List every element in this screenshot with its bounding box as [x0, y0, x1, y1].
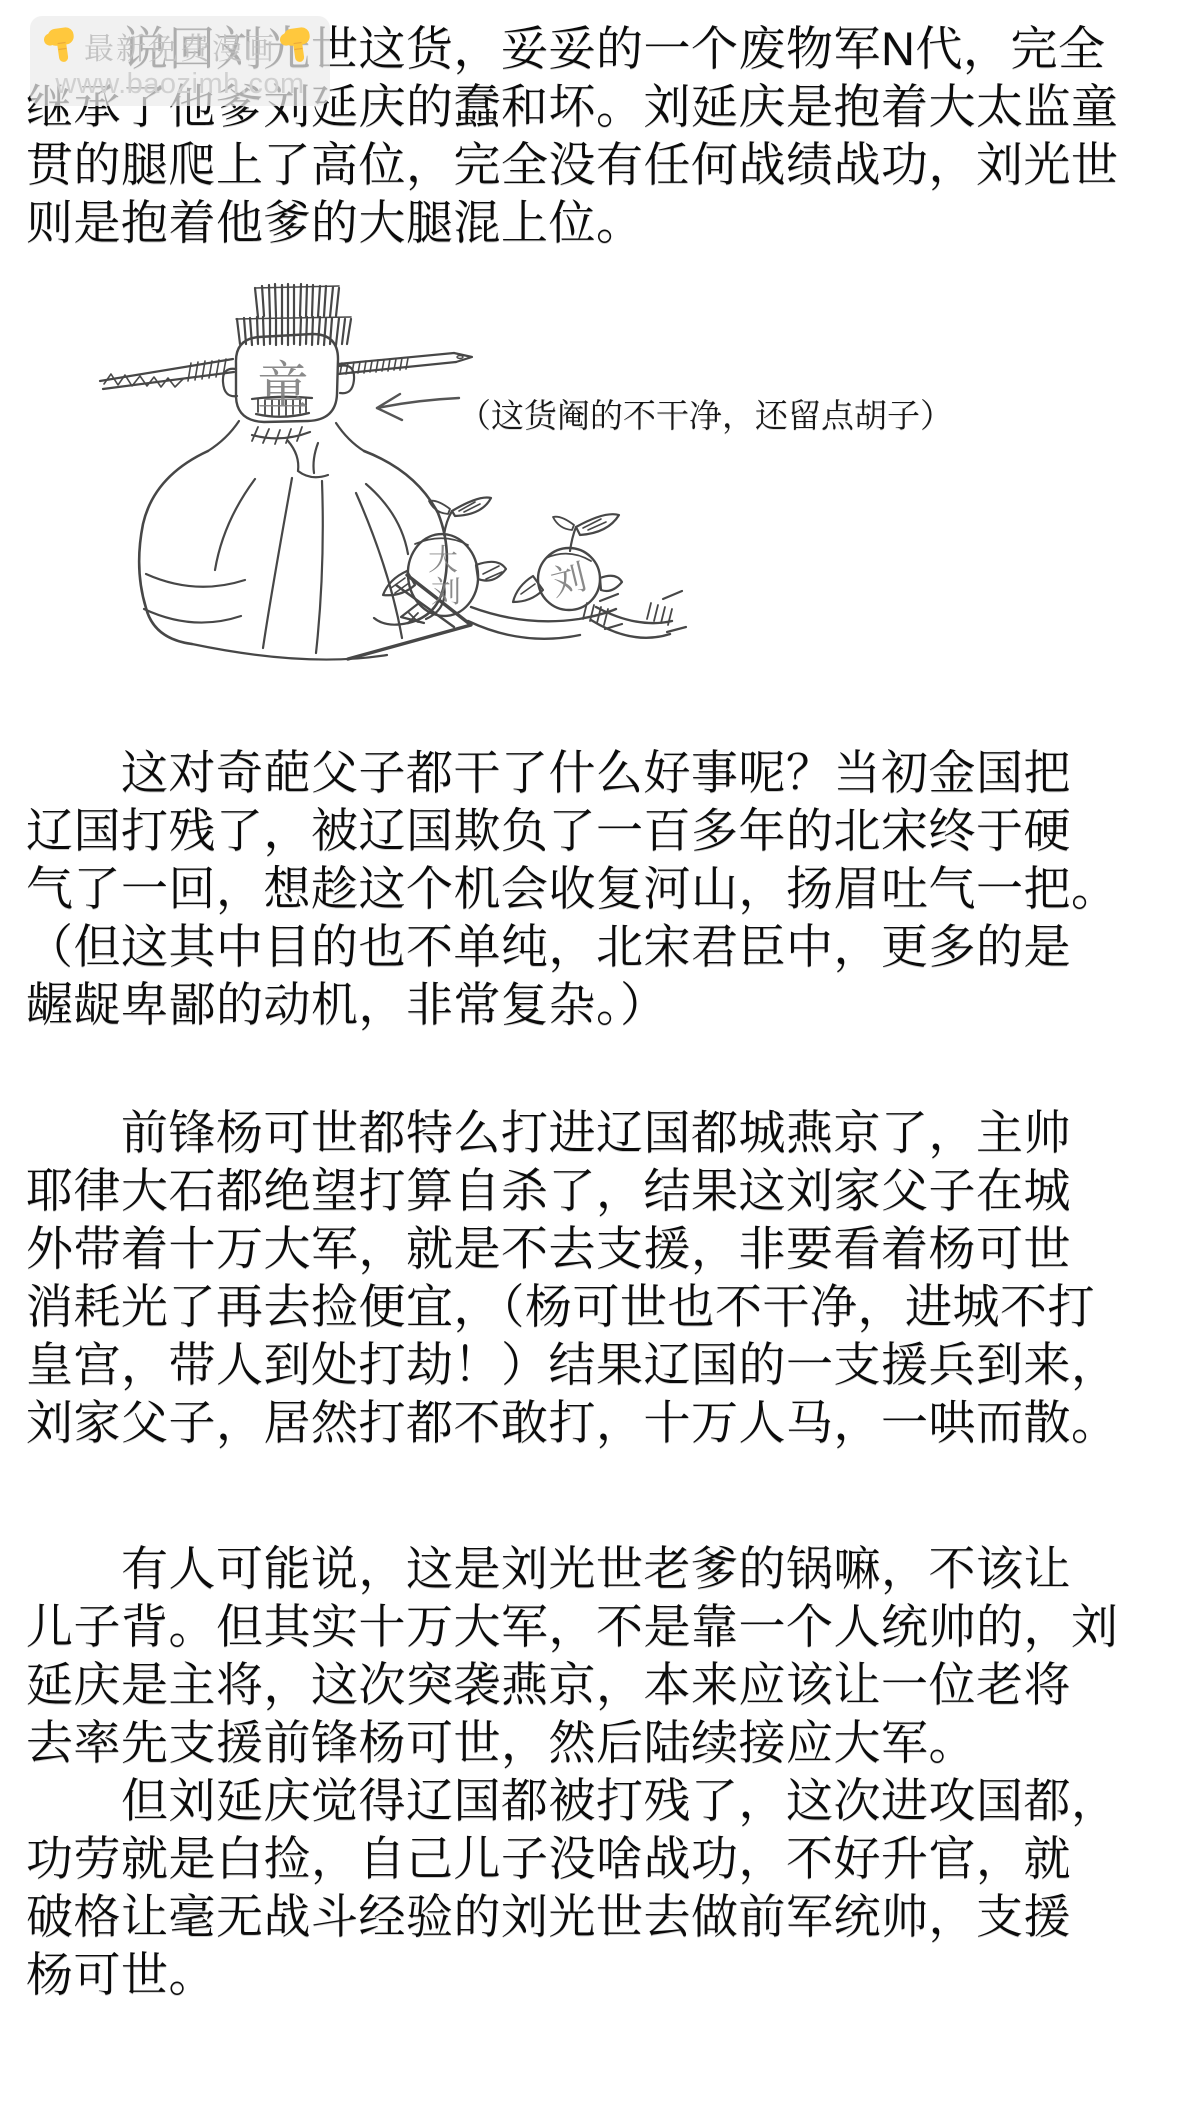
sketch-annotation: （这货阉的不干净，还留点胡子）	[458, 390, 953, 437]
creature1-label-bottom: 刘	[431, 576, 461, 609]
paragraph-4: 有人可能说，这是刘光世老爹的锅嘛，不该让 儿子背。但其实十万大军，不是靠一个人统…	[26, 1540, 1178, 2004]
tongguan-sketch-illustration: 童 大 刘 刘	[55, 222, 700, 670]
creature-daliu	[383, 498, 622, 639]
paragraph-2: 这对奇葩父子都干了什么好事呢？当初金国把 辽国打残了，被辽国欺负了一百多年的北宋…	[26, 744, 1178, 1034]
hat-brim-right	[338, 353, 472, 374]
point-down-icon	[44, 25, 80, 67]
creature-xiaoliu	[513, 514, 686, 638]
neck-stitches	[252, 432, 310, 438]
hair-spikes-lower	[236, 316, 351, 345]
creature2-label: 刘	[547, 557, 590, 603]
forehead-character: 童	[257, 358, 309, 416]
annotation-arrow	[377, 394, 459, 420]
point-down-icon	[280, 25, 316, 67]
comic-page[interactable]: 说回刘光世这货，妥妥的一个废物军N代，完全 继承了他爹刘延庆的蠢和坏。刘延庆是抱…	[0, 0, 1200, 2119]
watermark-promo-text: 最新免费漫画	[84, 24, 276, 68]
hair-spikes-top	[255, 284, 339, 317]
watermark-badge: 最新免费漫画 www.baozimh.com	[30, 16, 330, 106]
creature1-label-top: 大	[428, 544, 458, 577]
paragraph-3: 前锋杨可世都特么打进辽国都城燕京了，主帅 耶律大石都绝望打算自杀了，结果这刘家父…	[26, 1104, 1178, 1452]
tongguan-body	[139, 421, 471, 660]
watermark-site-url: www.baozimh.com	[55, 68, 304, 101]
hat-brim-left	[100, 359, 234, 389]
watermark-promo-row: 最新免费漫画	[44, 23, 316, 69]
